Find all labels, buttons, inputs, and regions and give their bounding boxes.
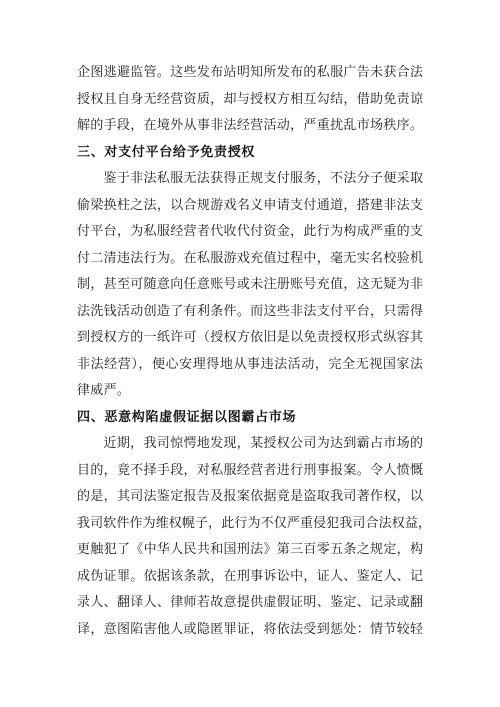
text-line: 非法经营），便心安理得地从事违法活动，完全无视国家法 xyxy=(77,352,423,379)
text-line: 制，甚至可随意向任意账号或未注册账号充值，这无疑为非 xyxy=(77,272,423,299)
text-line: 偷梁换柱之法，以合规游戏名义申请支付通道，搭建非法支 xyxy=(77,193,423,220)
text-line: 律威严。 xyxy=(77,378,423,405)
text-line: 译，意图陷害他人或隐匿罪证，将依法受到惩处：情节较轻 xyxy=(77,617,423,644)
paragraph-false-evidence: 近期，我司惊愕地发现，某授权公司为达到霸占市场的 目的，竟不择手段，对私服经营者… xyxy=(77,431,423,643)
text-line: 更触犯了《中华人民共和国刑法》第三百零五条之规定，构 xyxy=(77,537,423,564)
text-line: 我司软件作为维权幌子，此行为不仅严重侵犯我司合法权益， xyxy=(77,511,431,538)
text-line: 鉴于非法私服无法获得正规支付服务，不法分子便采取 xyxy=(77,166,423,193)
text-line: 到授权方的一纸许可（授权方依旧是以免责授权形式纵容其 xyxy=(77,325,423,352)
text-line: 的是，其司法鉴定报告及报案依据竟是盗取我司著作权，以 xyxy=(77,484,423,511)
section-heading-false-evidence: 四、恶意构陷虚假证据以图霸占市场 xyxy=(77,405,423,432)
text-line: 授权且自身无经营资质，却与授权方相互勾结，借助免责谅 xyxy=(77,87,423,114)
paragraph-payment-platform: 鉴于非法私服无法获得正规支付服务，不法分子便采取 偷梁换柱之法，以合规游戏名义申… xyxy=(77,166,423,405)
text-line: 近期，我司惊愕地发现，某授权公司为达到霸占市场的 xyxy=(77,431,423,458)
text-line: 付二清违法行为。在私服游戏充值过程中，毫无实名校验机 xyxy=(77,246,423,273)
text-line: 付平台，为私服经营者代收代付资金，此行为构成严重的支 xyxy=(77,219,423,246)
section-heading-payment-platform: 三、对支付平台给予免责授权 xyxy=(77,140,423,167)
text-line: 企图逃避监管。这些发布站明知所发布的私服广告未获合法 xyxy=(77,60,423,87)
text-line: 录人、翻译人、律师若故意提供虚假证明、鉴定、记录或翻 xyxy=(77,590,423,617)
text-line: 解的手段，在境外从事非法经营活动，严重扰乱市场秩序。 xyxy=(77,113,423,140)
text-line: 法洗钱活动创造了有利条件。而这些非法支付平台，只需得 xyxy=(77,299,423,326)
text-line: 成伪证罪。依据该条款，在刑事诉讼中，证人、鉴定人、记 xyxy=(77,564,423,591)
text-line: 目的，竟不择手段，对私服经营者进行刑事报案。令人愤慨 xyxy=(77,458,423,485)
document-page: 企图逃避监管。这些发布站明知所发布的私服广告未获合法 授权且自身无经营资质，却与… xyxy=(77,60,423,643)
paragraph-continuation: 企图逃避监管。这些发布站明知所发布的私服广告未获合法 授权且自身无经营资质，却与… xyxy=(77,60,423,140)
